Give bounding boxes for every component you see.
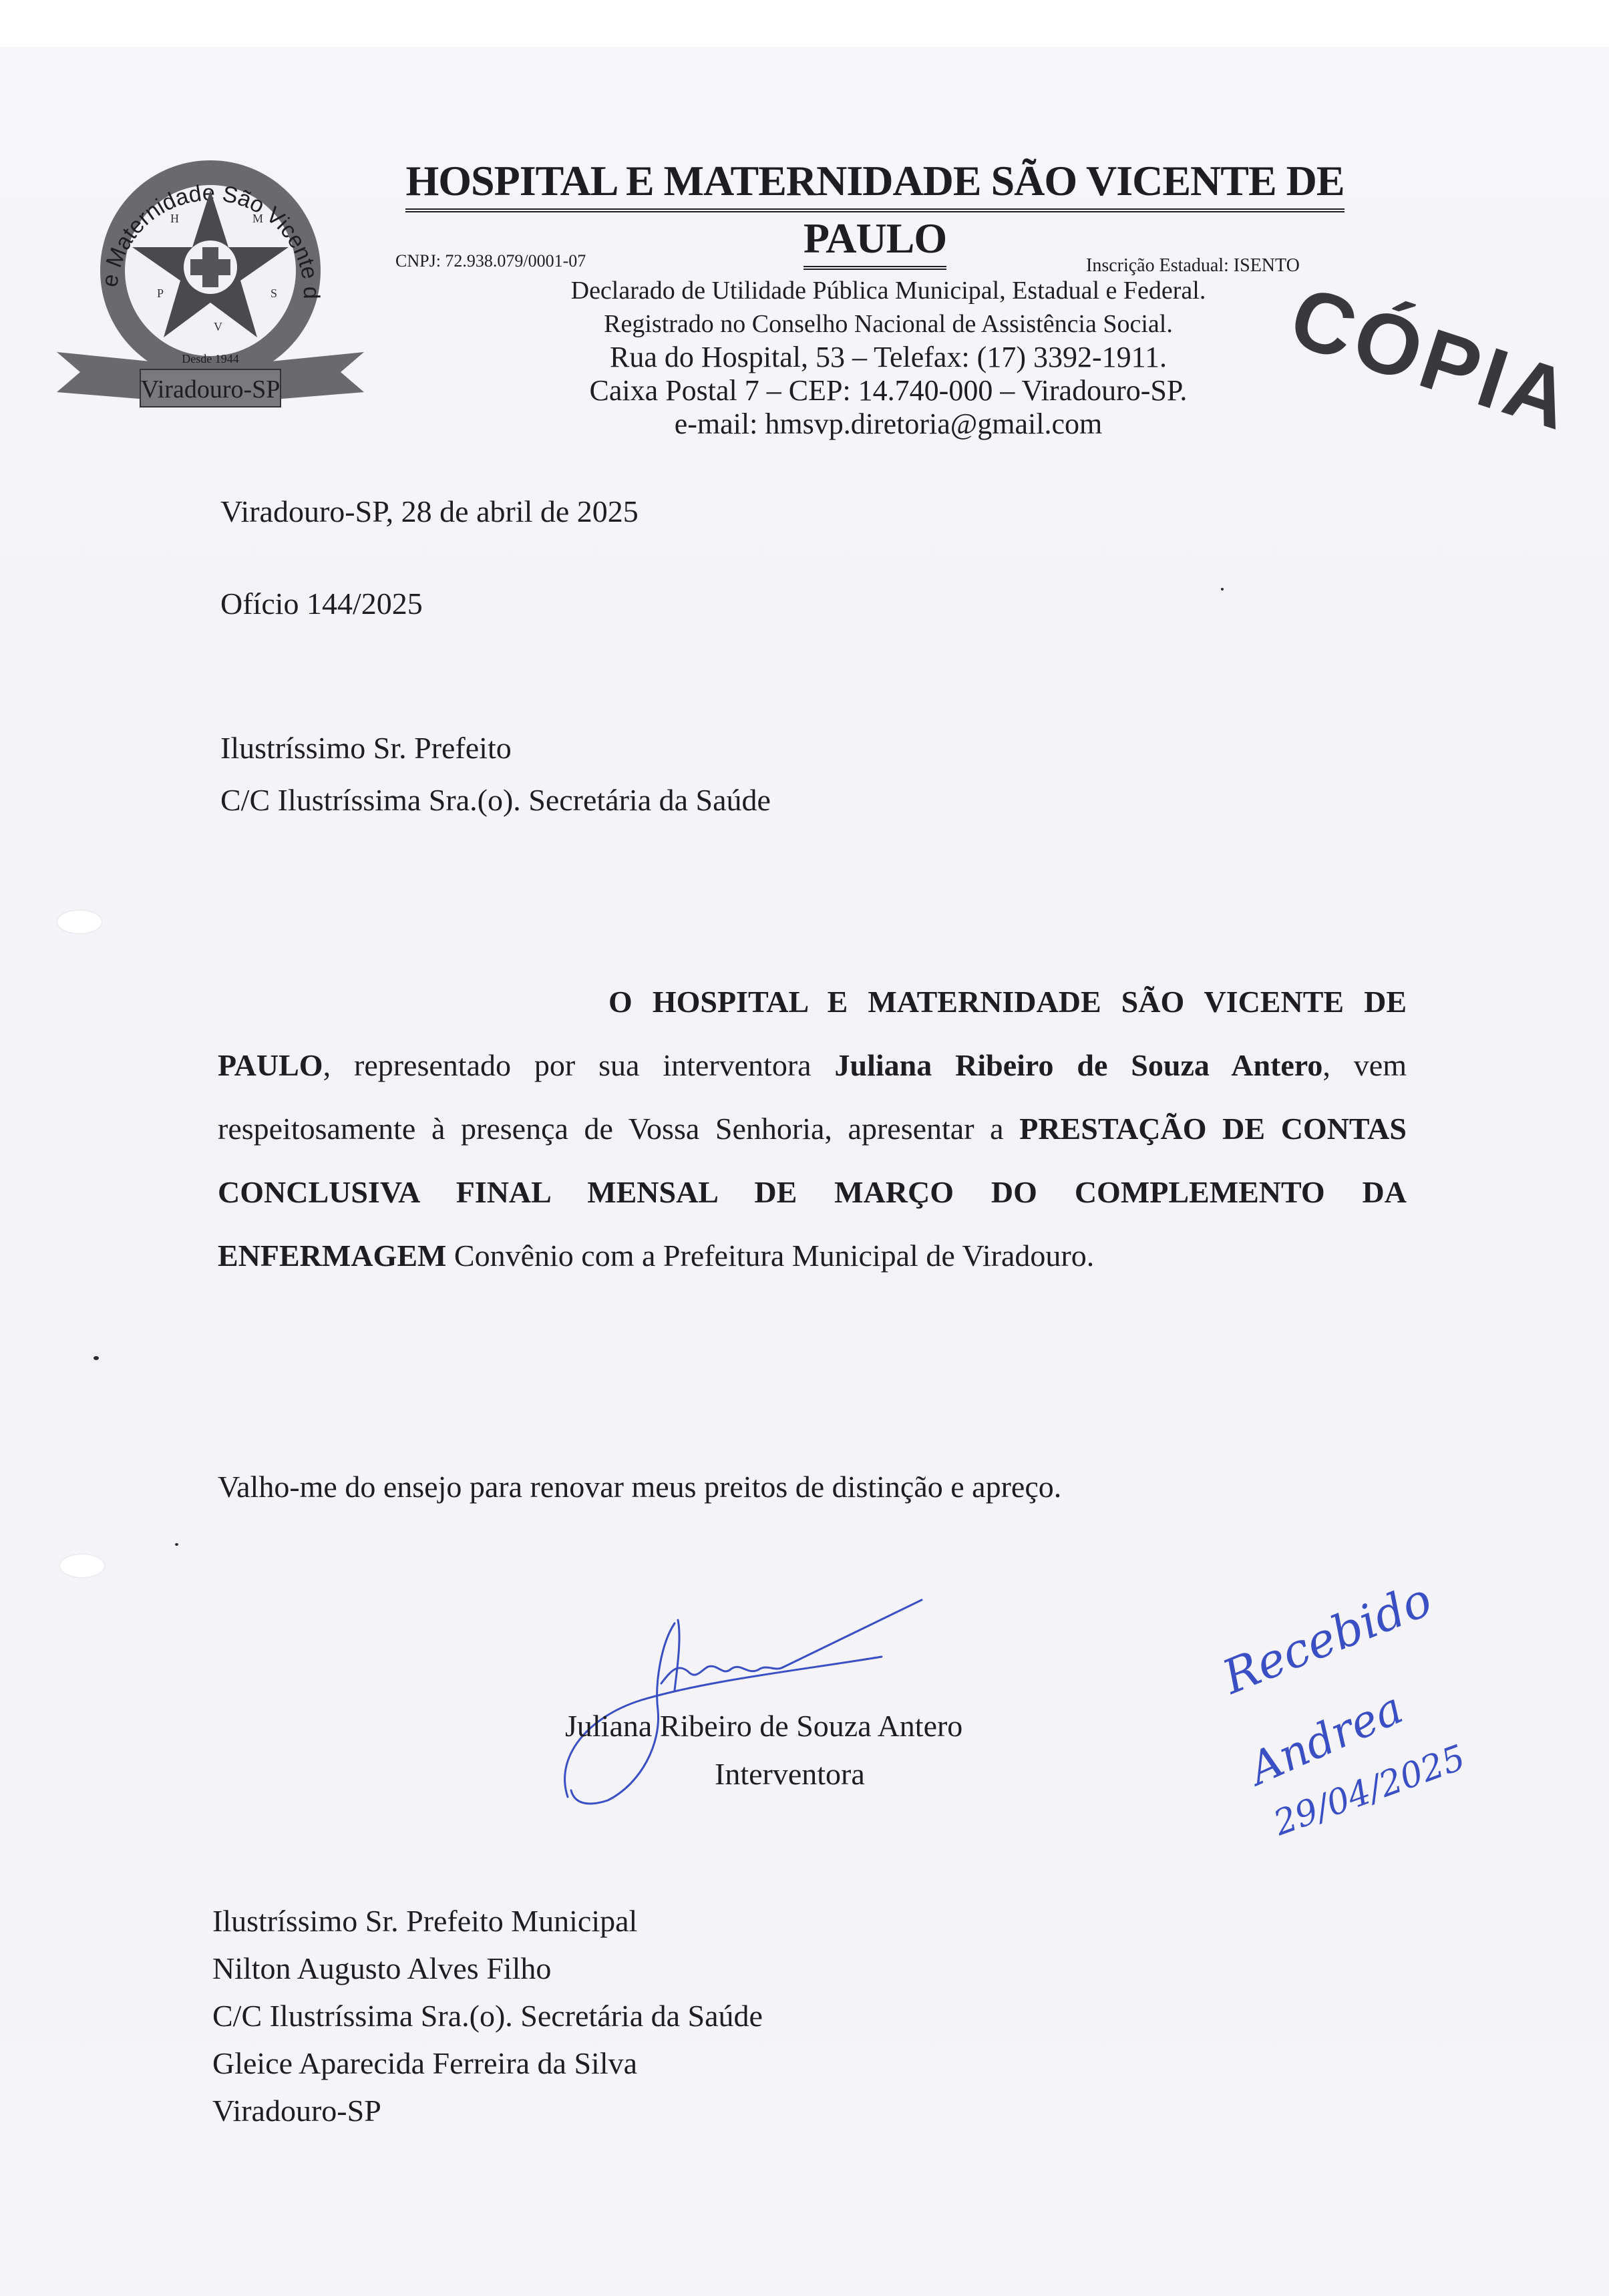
punch-hole: [57, 911, 102, 933]
body-text-a: , representado por sua interventora: [323, 1048, 835, 1082]
registration-line: Registrado no Conselho Nacional de Assis…: [468, 307, 1309, 341]
scanned-page: Hospital e Maternidade São Vicente de Pa…: [0, 0, 1609, 2296]
scan-speck: [94, 1356, 99, 1360]
recipient-line: Gleice Aparecida Ferreira da Silva: [212, 2039, 763, 2087]
letterhead-details: Declarado de Utilidade Pública Municipal…: [468, 274, 1309, 441]
recipient-line: Nilton Augusto Alves Filho: [212, 1945, 763, 1992]
svg-text:Desde 1944: Desde 1944: [182, 352, 238, 365]
addressee-line-2: C/C Ilustríssima Sra.(o). Secretária da …: [220, 782, 771, 819]
declaration-line: Declarado de Utilidade Pública Municipal…: [468, 274, 1309, 307]
svg-text:H: H: [170, 212, 179, 225]
body-paragraph: O HOSPITAL E MATERNIDADE SÃO VICENTE DE …: [218, 970, 1407, 1287]
svg-text:V: V: [214, 320, 222, 333]
recipient-line: Ilustríssimo Sr. Prefeito Municipal: [212, 1897, 763, 1945]
recipient-line: Viradouro-SP: [212, 2087, 763, 2134]
postal-line: Caixa Postal 7 – CEP: 14.740-000 – Virad…: [468, 374, 1309, 407]
scan-speck: [175, 1543, 178, 1546]
address-line: Rua do Hospital, 53 – Telefax: (17) 3392…: [468, 341, 1309, 374]
heading-line-1: HOSPITAL E MATERNIDADE SÃO VICENTE DE: [405, 155, 1344, 212]
copy-stamp: CÓPIA: [1279, 267, 1586, 450]
scan-speck: [1221, 588, 1224, 591]
svg-text:P: P: [157, 287, 164, 300]
signatory-role: Interventora: [715, 1756, 865, 1793]
cnpj: CNPJ: 72.938.079/0001-07: [395, 251, 586, 271]
note-received: Recebido: [1215, 1572, 1439, 1705]
addressee-line-1: Ilustríssimo Sr. Prefeito: [220, 729, 512, 767]
handwritten-receipt-note: Recebido Andrea 29/04/2025: [1222, 1603, 1556, 1897]
letter-date: Viradouro-SP, 28 de abril de 2025: [220, 493, 639, 530]
hospital-logo: Hospital e Maternidade São Vicente de Pa…: [53, 137, 367, 411]
punch-hole: [60, 1554, 104, 1577]
svg-text:M: M: [252, 212, 263, 225]
recipient-line: C/C Ilustríssima Sra.(o). Secretária da …: [212, 1992, 763, 2039]
body-text-c: Convênio com a Prefeitura Municipal de V…: [446, 1239, 1094, 1273]
interventora-name-bold: Juliana Ribeiro de Souza Antero: [834, 1048, 1322, 1082]
closing-line: Valho-me do ensejo para renovar meus pre…: [218, 1468, 1061, 1506]
svg-text:Viradouro-SP: Viradouro-SP: [141, 375, 281, 403]
recipients-block: Ilustríssimo Sr. Prefeito Municipal Nilt…: [212, 1897, 763, 2134]
heading-line-2: PAULO: [803, 212, 946, 270]
signatory-name: Juliana Ribeiro de Souza Antero: [565, 1707, 962, 1745]
scan-top-edge: [0, 0, 1609, 47]
email-line: e-mail: hmsvp.diretoria@gmail.com: [468, 407, 1309, 441]
svg-text:S: S: [271, 287, 277, 300]
oficio-number: Ofício 144/2025: [220, 585, 423, 623]
